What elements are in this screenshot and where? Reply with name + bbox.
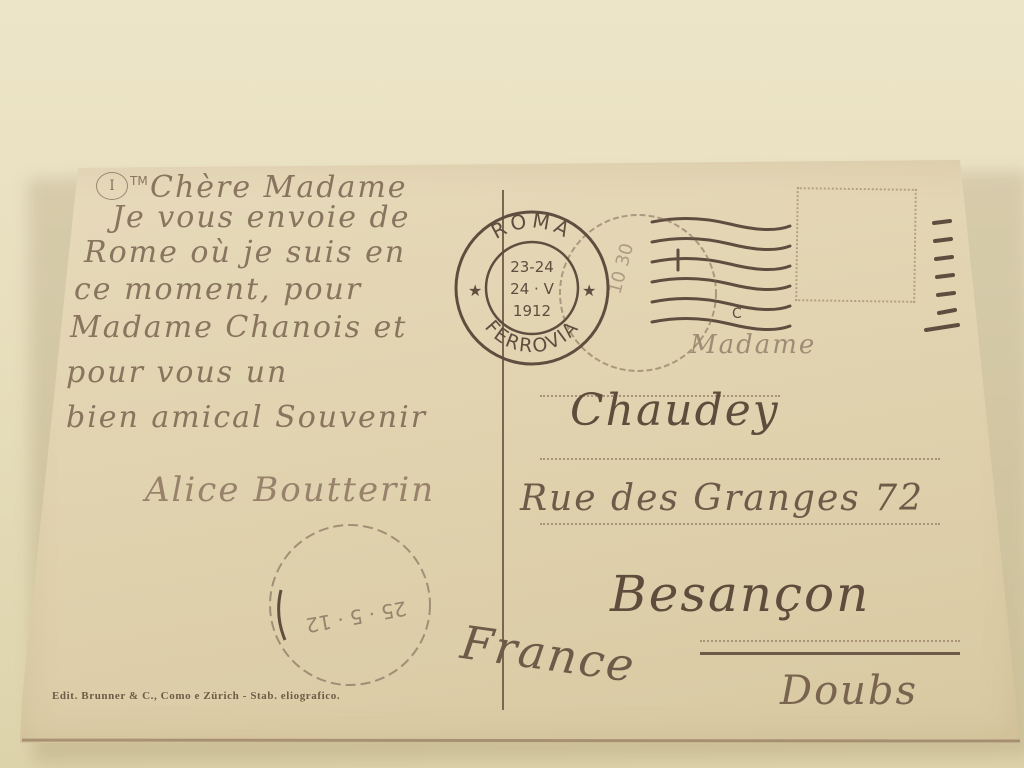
svg-text:C: C <box>732 306 742 322</box>
address-line-2 <box>540 458 940 460</box>
roma-ferrovia-postmark: ROMA FERROVIA ★ ★ 23-24 24 · V 1912 <box>452 208 612 372</box>
message-marker-suffix: TM <box>130 174 148 188</box>
svg-text:★: ★ <box>582 281 596 300</box>
svg-text:ROMA: ROMA <box>487 208 577 243</box>
address-city: Besançon <box>610 565 870 623</box>
address-underline <box>700 652 960 655</box>
address-name: Chaudey <box>570 385 780 436</box>
svg-text:23-24: 23-24 <box>510 258 554 276</box>
message-marker: I <box>96 172 128 200</box>
stamp-placeholder-box <box>795 187 917 303</box>
arrival-postmark: 25 · 5 · 12 <box>255 520 445 694</box>
message-line: pour vous un <box>66 355 288 390</box>
publisher-imprint: Edit. Brunner & C., Como e Zürich - Stab… <box>52 690 340 702</box>
address-department: Doubs <box>780 668 918 714</box>
svg-text:25 · 5 · 12: 25 · 5 · 12 <box>304 596 408 637</box>
message-line: Rome où je suis en <box>84 235 406 270</box>
address-line-3 <box>540 523 940 525</box>
svg-text:24 · V: 24 · V <box>510 280 554 298</box>
message-line: Je vous envoie de <box>112 200 411 235</box>
address-street: Rue des Granges 72 <box>520 478 924 519</box>
message-line: Madame Chanois et <box>70 310 407 345</box>
cancel-side-ticks <box>920 215 965 339</box>
svg-text:FERROVIA: FERROVIA <box>480 316 583 358</box>
message-line: ce moment, pour <box>74 272 362 307</box>
signature: Alice Boutterin <box>145 470 435 510</box>
svg-text:★: ★ <box>468 281 482 300</box>
message-line: bien amical Souvenir <box>66 400 427 435</box>
address-line-4 <box>700 640 960 642</box>
svg-text:1912: 1912 <box>513 302 551 320</box>
address-salutation: Madame <box>690 330 816 360</box>
